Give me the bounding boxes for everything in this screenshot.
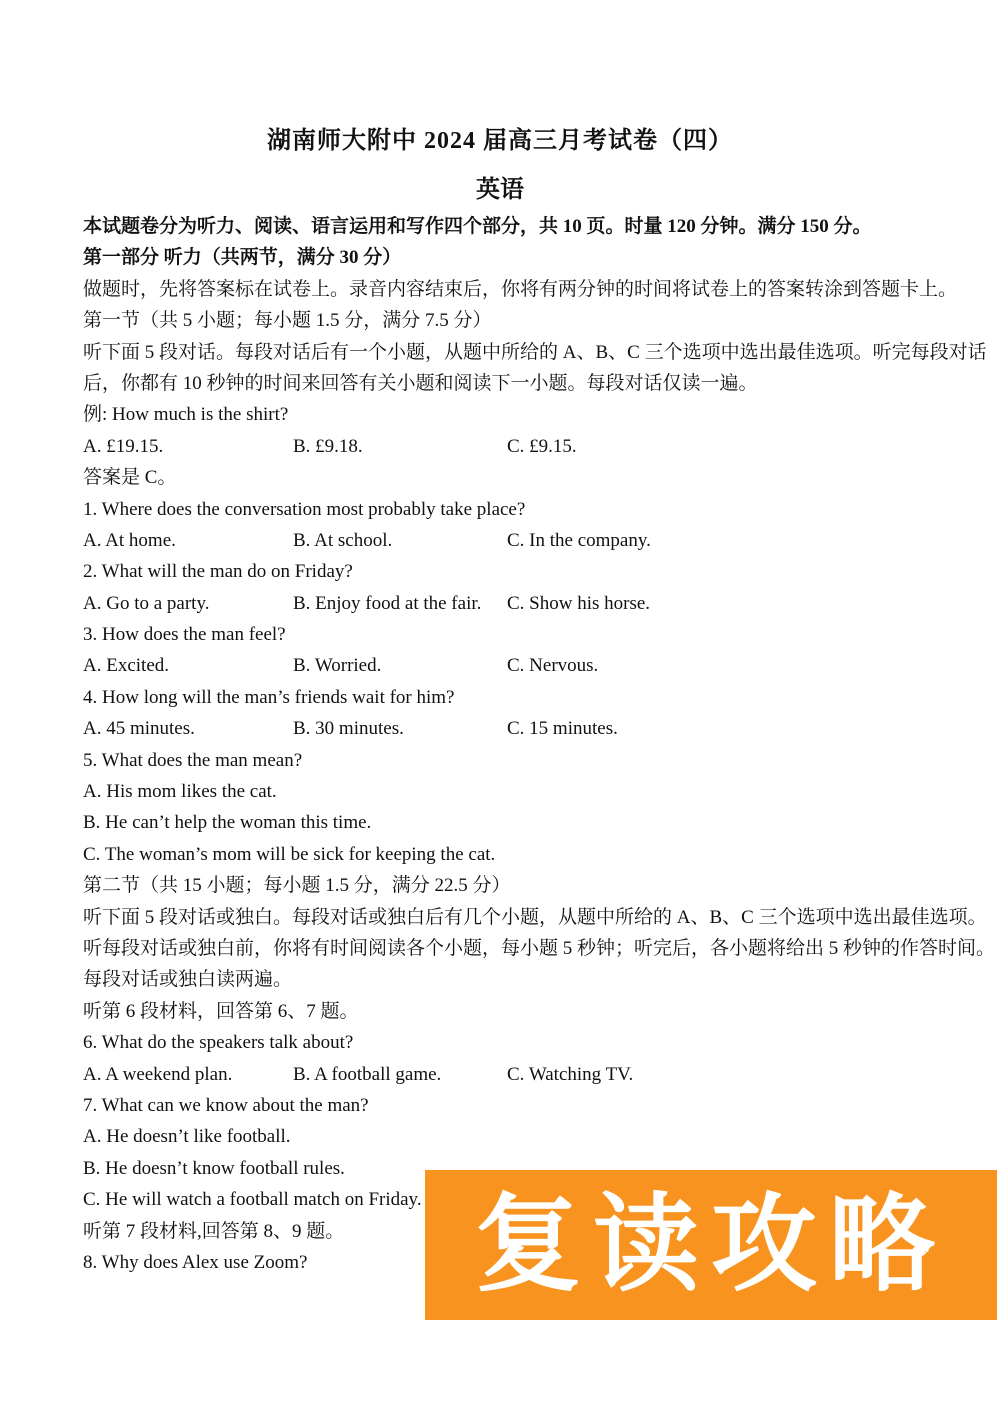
question-1: 1. Where does the conversation most prob… xyxy=(83,494,922,525)
exam-intro: 本试题卷分为听力、阅读、语言运用和写作四个部分，共 10 页。时量 120 分钟… xyxy=(83,211,922,242)
question-6-option-c: C. Watching TV. xyxy=(507,1059,922,1090)
question-3-options: A. Excited. B. Worried. C. Nervous. xyxy=(83,650,922,681)
example-options: A. £19.15. B. £9.18. C. £9.15. xyxy=(83,431,922,462)
question-4: 4. How long will the man’s friends wait … xyxy=(83,682,922,713)
section2-instruction-2: 听每段对话或独白前，你将有时间阅读各个小题，每小题 5 秒钟；听完后，各小题将给… xyxy=(83,933,922,964)
example-prompt: 例: How much is the shirt? xyxy=(83,399,922,430)
material-6-note: 听第 6 段材料，回答第 6、7 题。 xyxy=(83,996,922,1027)
question-1-option-b: B. At school. xyxy=(293,525,507,556)
question-4-option-b: B. 30 minutes. xyxy=(293,713,507,744)
question-3-option-b: B. Worried. xyxy=(293,650,507,681)
example-option-b: B. £9.18. xyxy=(293,431,507,462)
question-5-option-c: C. The woman’s mom will be sick for keep… xyxy=(83,839,922,870)
example-answer: 答案是 C。 xyxy=(83,462,922,493)
part1-heading: 第一部分 听力（共两节，满分 30 分） xyxy=(83,242,922,273)
question-6-option-a: A. A weekend plan. xyxy=(83,1059,293,1090)
section1-instruction-1: 听下面 5 段对话。每段对话后有一个小题，从题中所给的 A、B、C 三个选项中选… xyxy=(83,337,922,368)
question-5: 5. What does the man mean? xyxy=(83,745,922,776)
question-7-option-a: A. He doesn’t like football. xyxy=(83,1121,922,1152)
question-4-option-c: C. 15 minutes. xyxy=(507,713,922,744)
ad-banner-text: 复读攻略 xyxy=(475,1192,947,1298)
question-1-option-c: C. In the company. xyxy=(507,525,922,556)
question-3: 3. How does the man feel? xyxy=(83,619,922,650)
exam-title: 湖南师大附中 2024 届高三月考试卷（四） xyxy=(0,120,1000,155)
question-2-option-b: B. Enjoy food at the fair. xyxy=(293,588,507,619)
question-1-options: A. At home. B. At school. C. In the comp… xyxy=(83,525,922,556)
question-3-option-a: A. Excited. xyxy=(83,650,293,681)
section2-instruction-3: 每段对话或独白读两遍。 xyxy=(83,964,922,995)
exam-body: 本试题卷分为听力、阅读、语言运用和写作四个部分，共 10 页。时量 120 分钟… xyxy=(83,211,922,1278)
question-2-options: A. Go to a party. B. Enjoy food at the f… xyxy=(83,588,922,619)
question-2: 2. What will the man do on Friday? xyxy=(83,556,922,587)
section1-instruction-2: 后，你都有 10 秒钟的时间来回答有关小题和阅读下一小题。每段对话仅读一遍。 xyxy=(83,368,922,399)
question-5-option-b: B. He can’t help the woman this time. xyxy=(83,807,922,838)
question-4-option-a: A. 45 minutes. xyxy=(83,713,293,744)
ad-banner: 复读攻略 xyxy=(425,1170,997,1320)
part1-note: 做题时，先将答案标在试卷上。录音内容结束后，你将有两分钟的时间将试卷上的答案转涂… xyxy=(83,274,922,305)
example-option-a: A. £19.15. xyxy=(83,431,293,462)
section1-heading: 第一节（共 5 小题；每小题 1.5 分，满分 7.5 分） xyxy=(83,305,922,336)
section2-instruction-1: 听下面 5 段对话或独白。每段对话或独白后有几个小题，从题中所给的 A、B、C … xyxy=(83,902,922,933)
question-6: 6. What do the speakers talk about? xyxy=(83,1027,922,1058)
exam-subject: 英语 xyxy=(0,169,1000,204)
question-6-options: A. A weekend plan. B. A football game. C… xyxy=(83,1059,922,1090)
example-option-c: C. £9.15. xyxy=(507,431,922,462)
question-2-option-a: A. Go to a party. xyxy=(83,588,293,619)
question-5-option-a: A. His mom likes the cat. xyxy=(83,776,922,807)
question-3-option-c: C. Nervous. xyxy=(507,650,922,681)
section2-heading: 第二节（共 15 小题；每小题 1.5 分，满分 22.5 分） xyxy=(83,870,922,901)
question-6-option-b: B. A football game. xyxy=(293,1059,507,1090)
question-2-option-c: C. Show his horse. xyxy=(507,588,922,619)
question-4-options: A. 45 minutes. B. 30 minutes. C. 15 minu… xyxy=(83,713,922,744)
question-1-option-a: A. At home. xyxy=(83,525,293,556)
exam-page: 湖南师大附中 2024 届高三月考试卷（四） 英语 本试题卷分为听力、阅读、语言… xyxy=(0,0,1000,1414)
question-7: 7. What can we know about the man? xyxy=(83,1090,922,1121)
